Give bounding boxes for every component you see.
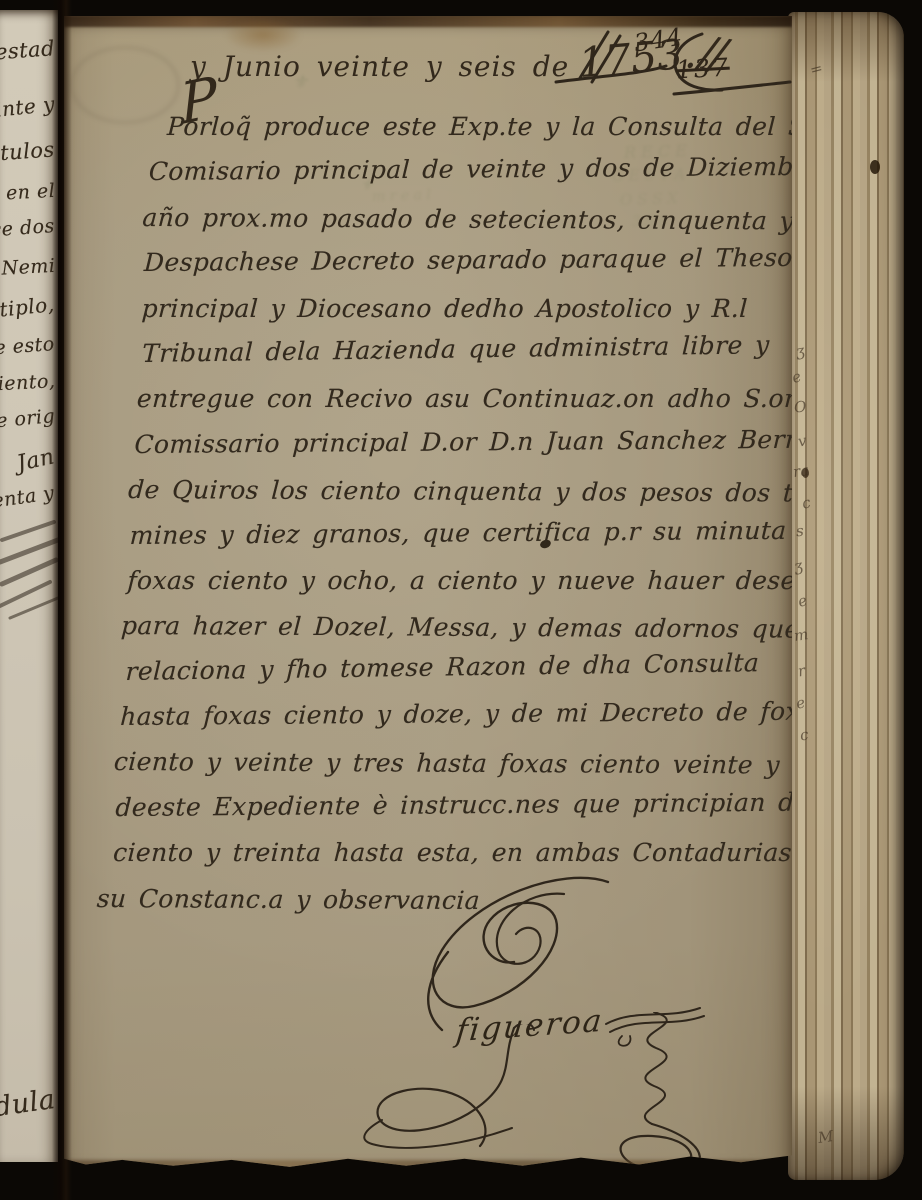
facing-page-text-fragment: ve Nemi [0, 255, 56, 281]
facing-page-text-fragment: te orig [0, 405, 56, 433]
fore-edge-ink-mark: s [795, 522, 805, 541]
manuscript-line: relaciona y fho tomese Razon de dha Cons… [124, 648, 758, 702]
facing-page-text-fragment: pitulos [0, 137, 56, 166]
facing-page-text-fragment: mo en el [0, 180, 56, 206]
manuscript-page: ⚜⚜m r e a lR E C EG E S T AO S S X3 5 8 … [64, 16, 792, 1168]
manuscript-line: mines y diez granos, que certifica p.r s… [128, 516, 762, 566]
manuscript-line: Comissario principal D.or D.n Juan Sanch… [133, 425, 767, 475]
fore-edge-ink-mark: O [793, 397, 807, 416]
fore-edge-ink-mark: ʒ [795, 341, 806, 360]
facing-page-text-fragment: artiplo, [0, 292, 56, 324]
fore-edge-ink-mark: c [800, 493, 813, 512]
facing-page-text-fragment: dula [0, 1084, 57, 1123]
bottom-flourish-right [562, 1012, 752, 1182]
folio-crossed-out: 137 [675, 53, 730, 85]
facing-page-text-fragment: Magestad [0, 36, 56, 68]
pencil-scribble [0, 518, 58, 628]
fore-edge-ink-mark: v [797, 431, 808, 450]
fore-edge-ink-mark: r [796, 662, 806, 681]
facing-page-text-fragment: niento, [0, 370, 56, 396]
book-gutter-shadow [52, 0, 72, 1200]
facing-page-text-fragment: hace dos [0, 215, 56, 243]
fore-edge-ink-mark: e [795, 591, 809, 611]
book-fore-edge: =ʒeOvracsʒemrecM [788, 12, 904, 1180]
manuscript-line: Despachese Decreto separado paraque el T… [143, 243, 777, 293]
facing-page-text-fragment: que esto [0, 333, 56, 361]
facing-page-edge: Magestadveinte ypitulosmo en elhace dosv… [0, 10, 58, 1162]
manuscript-line: foxas ciento y ocho, a ciento y nueve ha… [126, 566, 760, 611]
manuscript-line: Comisario principal de veinte y dos de D… [147, 152, 781, 202]
heading-date-text: y Junio veinte y seis de [190, 50, 569, 83]
facing-page-text-fragment: quenta y [0, 482, 56, 516]
fore-edge-ink-mark: e [794, 693, 807, 713]
fore-edge-dark-knot [870, 160, 880, 174]
facing-page-text-fragment: Jan [15, 444, 57, 476]
fore-edge-ink-mark: ra [792, 461, 810, 481]
fore-edge-ink-mark: m [793, 625, 810, 645]
fore-edge-ink-mark: M [817, 1127, 835, 1147]
manuscript-line: deeste Expediente è instrucc.nes que pri… [114, 788, 748, 838]
fore-edge-ink-mark: c [799, 725, 810, 744]
manuscript-line: Porloq̃ produce este Exp.te y la Consult… [166, 112, 784, 157]
fore-edge-ink-mark: ʒ [792, 556, 804, 575]
manuscript-line: hasta foxas ciento y doze, y de mi Decre… [119, 697, 753, 747]
manuscript-line: Tribunal dela Hazienda que administra li… [141, 330, 775, 384]
body-text: Porloq̃ produce este Exp.te y la Consult… [109, 112, 784, 929]
facing-page-text-fragment: veinte y [0, 92, 56, 125]
manuscript-line: entregue con Recivo asu Continuaz.on adh… [135, 384, 769, 429]
manuscript-photo: Magestadveinte ypitulosmo en elhace dosv… [0, 0, 922, 1200]
fore-edge-ink-mark: = [808, 59, 825, 80]
folio-numbers: 344 137 [550, 24, 798, 104]
